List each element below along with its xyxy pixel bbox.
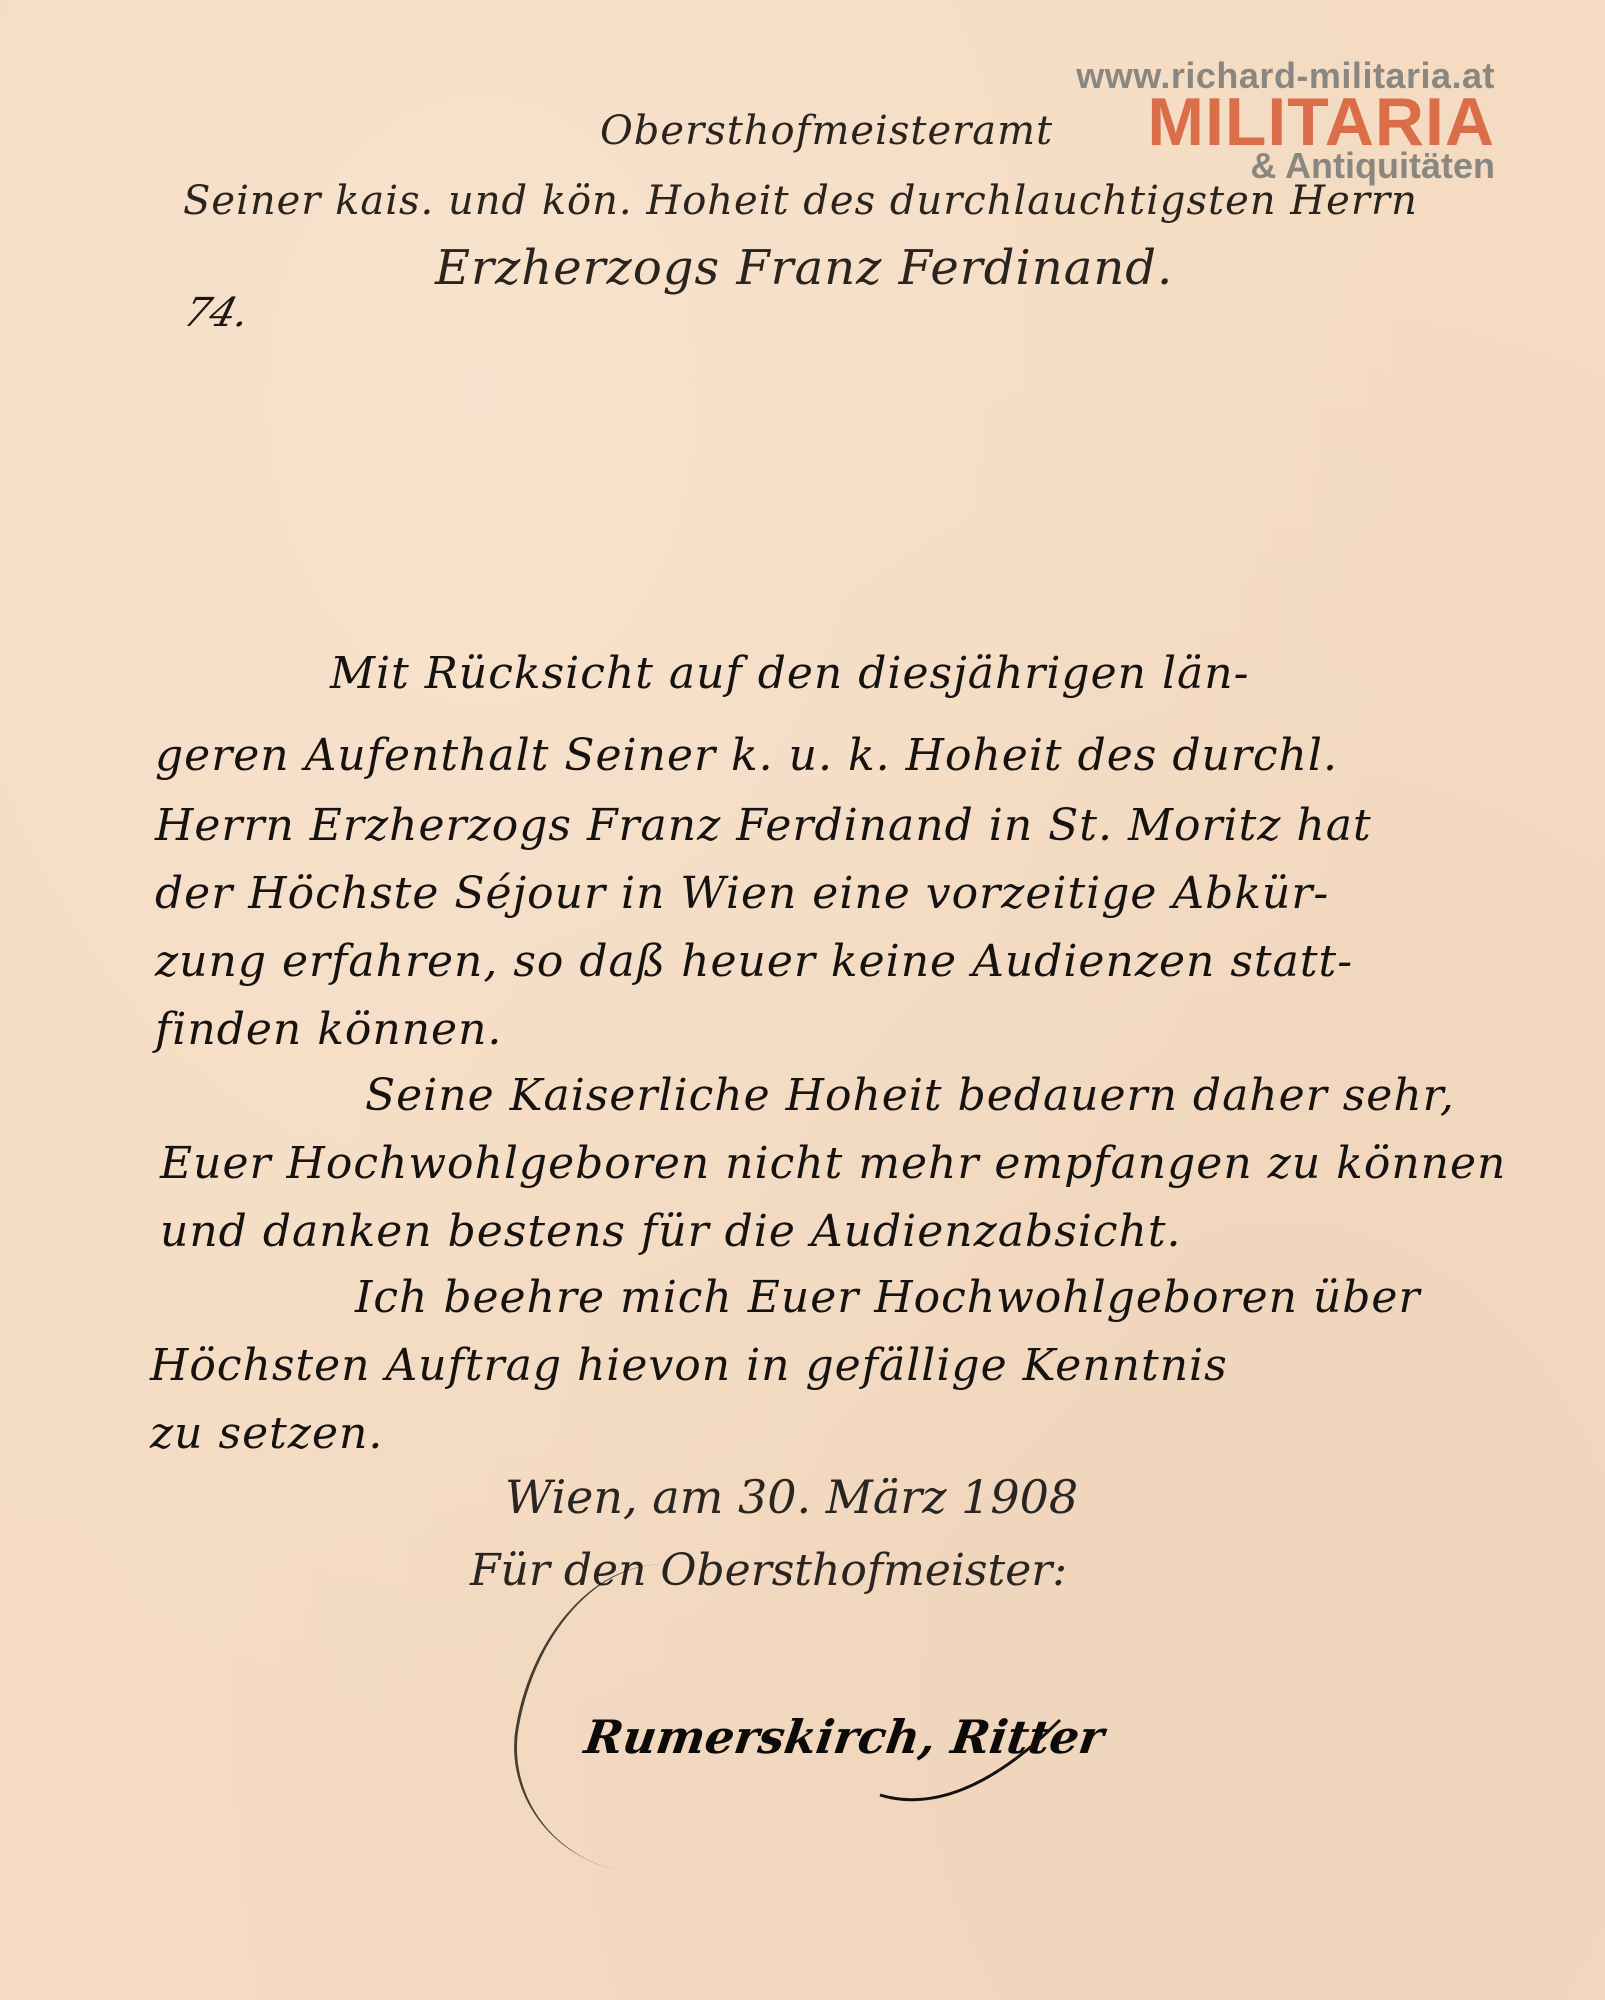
- body-line: Seine Kaiserliche Hoheit bedauern daher …: [365, 1070, 1455, 1121]
- body-line: Höchsten Auftrag hievon in gefällige Ken…: [150, 1340, 1228, 1391]
- for-line: Für den Obersthofmeister:: [470, 1545, 1067, 1596]
- body-line: finden können.: [155, 1004, 502, 1055]
- body-line: zu setzen.: [150, 1408, 383, 1459]
- body-line: zung erfahren, so daß heuer keine Audien…: [155, 936, 1353, 987]
- body-line: Mit Rücksicht auf den diesjährigen län-: [330, 648, 1249, 699]
- letterhead-office: Obersthofmeisteramt: [600, 108, 1053, 154]
- signature-flourish-icon: [870, 1700, 1070, 1820]
- body-line: und danken bestens für die Audienzabsich…: [160, 1206, 1182, 1257]
- body-line: Ich beehre mich Euer Hochwohlgeboren übe…: [355, 1272, 1421, 1323]
- body-line: geren Aufenthalt Seiner k. u. k. Hoheit …: [155, 730, 1338, 781]
- body-line: der Höchste Séjour in Wien eine vorzeiti…: [155, 868, 1329, 919]
- letterhead-title: Seiner kais. und kön. Hoheit des durchla…: [183, 178, 1418, 224]
- letterhead-name: Erzherzogs Franz Ferdinand.: [435, 240, 1173, 296]
- date-line: Wien, am 30. März 1908: [505, 1470, 1078, 1524]
- body-line: Euer Hochwohlgeboren nicht mehr empfange…: [160, 1138, 1506, 1189]
- watermark: www.richard-militaria.at MILITARIA & Ant…: [1076, 58, 1495, 184]
- body-line: Herrn Erzherzogs Franz Ferdinand in St. …: [155, 800, 1372, 851]
- reference-number: 74.: [179, 290, 255, 336]
